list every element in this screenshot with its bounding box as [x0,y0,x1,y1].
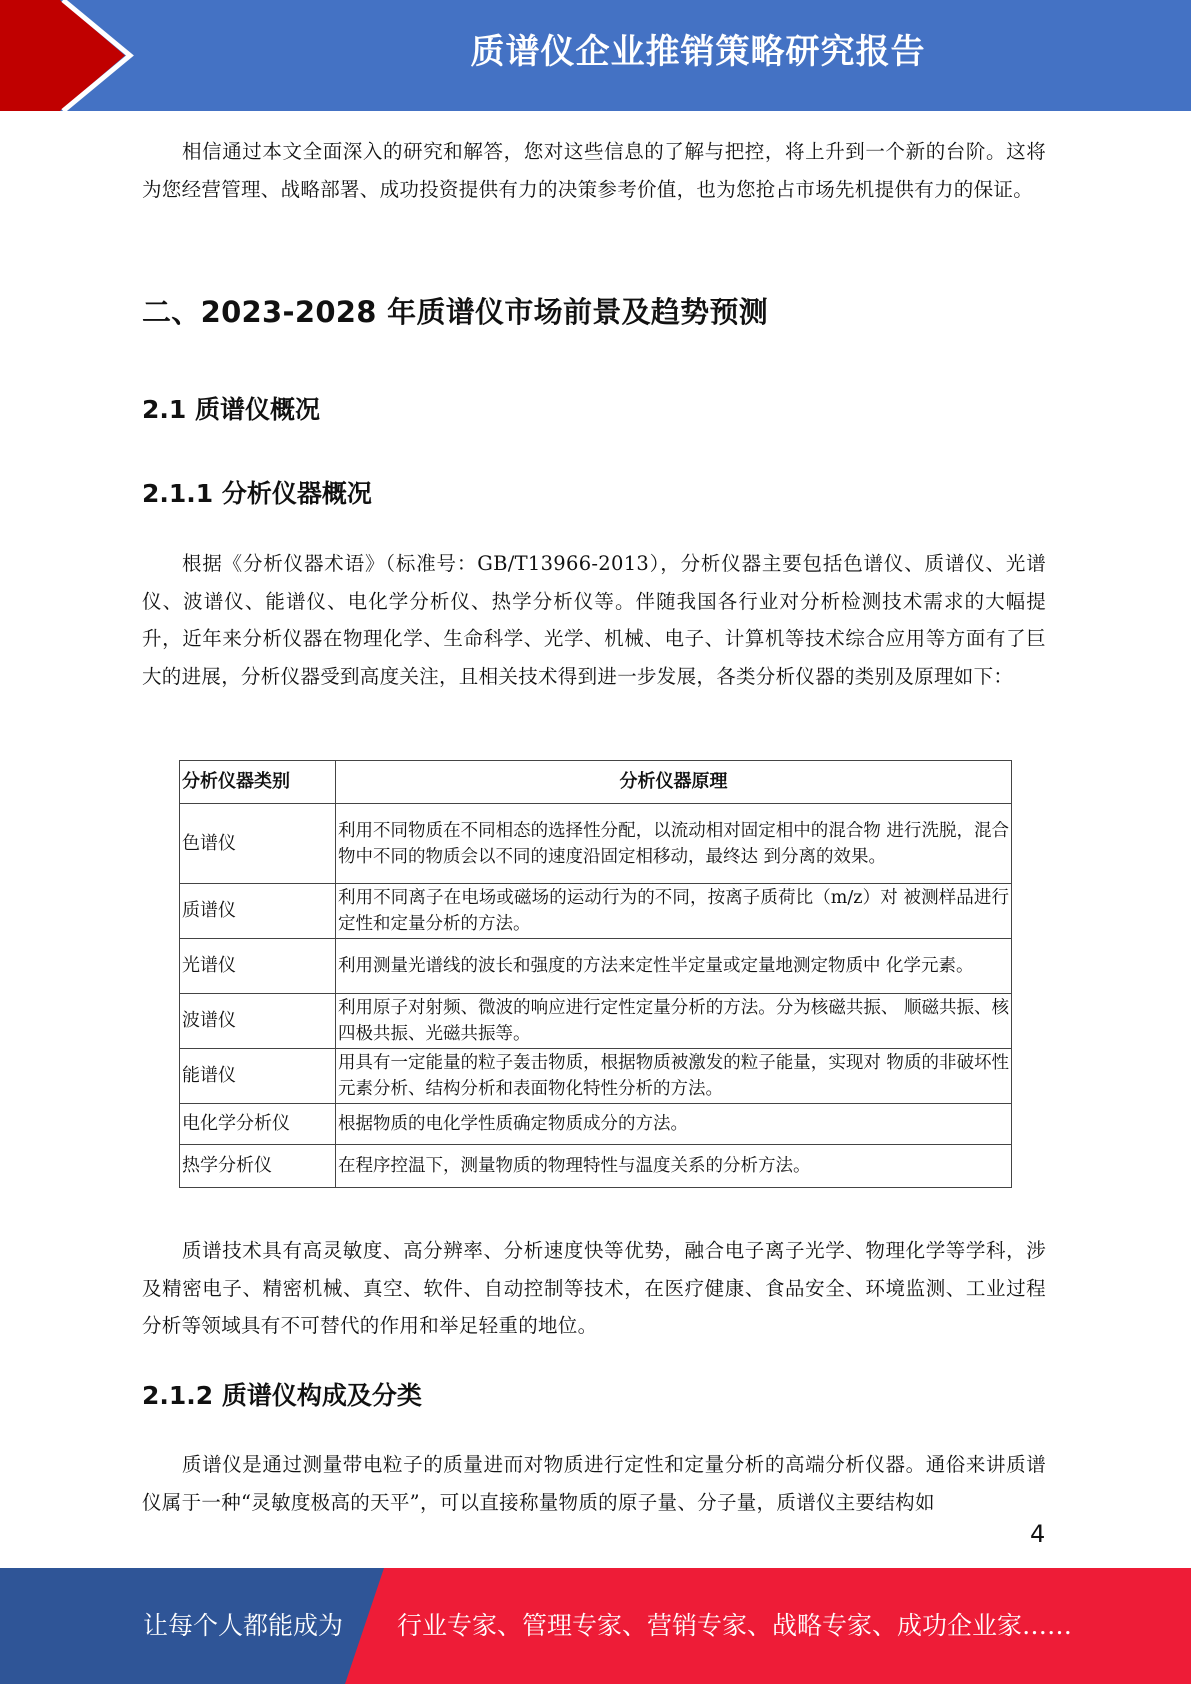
column-header-principle: 分析仪器原理 [336,761,1012,804]
column-header-category: 分析仪器类别 [180,761,336,804]
section-2-1-1-heading: 2.1.1 分析仪器概况 [142,474,372,510]
cell-principle: 利用不同离子在电场或磁场的运动行为的不同，按离子质荷比（m/z）对 被测样品进行… [336,884,1012,939]
section-2-1-2-body: 质谱仪是通过测量带电粒子的质量进而对物质进行定性和定量分析的高端分析仪器。通俗来… [142,1446,1046,1521]
cell-principle: 在程序控温下，测量物质的物理特性与温度关系的分析方法。 [336,1145,1012,1188]
mass-spec-tech-section: 质谱技术具有高灵敏度、高分辨率、分析速度快等优势，融合电子离子光学、物理化学等学… [142,1232,1046,1345]
header-banner: 质谱仪企业推销策略研究报告 [0,0,1191,111]
table-row: 热学分析仪 在程序控温下，测量物质的物理特性与温度关系的分析方法。 [180,1145,1012,1188]
cell-category: 光谱仪 [180,939,336,994]
table-row: 能谱仪 用具有一定能量的粒子轰击物质，根据物质被激发的粒子能量，实现对 物质的非… [180,1049,1012,1104]
cell-principle: 根据物质的电化学性质确定物质成分的方法。 [336,1104,1012,1145]
cell-principle: 利用不同物质在不同相态的选择性分配，以流动相对固定相中的混合物 进行洗脱，混合物… [336,804,1012,884]
cell-principle: 用具有一定能量的粒子轰击物质，根据物质被激发的粒子能量，实现对 物质的非破坏性元… [336,1049,1012,1104]
footer-slogan-right: 行业专家、管理专家、营销专家、战略专家、成功企业家…… [397,1568,1072,1684]
analysis-instruments-paragraph: 根据《分析仪器术语》（标准号：GB/T13966-2013），分析仪器主要包括色… [142,545,1046,695]
table-row: 波谱仪 利用原子对射频、微波的响应进行定性定量分析的方法。分为核磁共振、 顺磁共… [180,994,1012,1049]
mass-spec-composition-paragraph: 质谱仪是通过测量带电粒子的质量进而对物质进行定性和定量分析的高端分析仪器。通俗来… [142,1446,1046,1521]
cell-category: 电化学分析仪 [180,1104,336,1145]
table-row: 电化学分析仪 根据物质的电化学性质确定物质成分的方法。 [180,1104,1012,1145]
section-2-1-2-heading: 2.1.2 质谱仪构成及分类 [142,1376,422,1412]
cell-category: 波谱仪 [180,994,336,1049]
cell-principle: 利用原子对射频、微波的响应进行定性定量分析的方法。分为核磁共振、 顺磁共振、核四… [336,994,1012,1049]
table-row: 质谱仪 利用不同离子在电场或磁场的运动行为的不同，按离子质荷比（m/z）对 被测… [180,884,1012,939]
intro-section: 相信通过本文全面深入的研究和解答，您对这些信息的了解与把控，将上升到一个新的台阶… [142,133,1046,208]
table-row: 光谱仪 利用测量光谱线的波长和强度的方法来定性半定量或定量地测定物质中 化学元素… [180,939,1012,994]
footer-banner: 让每个人都能成为 行业专家、管理专家、营销专家、战略专家、成功企业家…… [0,1568,1191,1684]
cell-category: 热学分析仪 [180,1145,336,1188]
table-header-row: 分析仪器类别 分析仪器原理 [180,761,1012,804]
mass-spec-tech-paragraph: 质谱技术具有高灵敏度、高分辨率、分析速度快等优势，融合电子离子光学、物理化学等学… [142,1232,1046,1345]
section-2-1-heading: 2.1 质谱仪概况 [142,390,320,426]
cell-category: 能谱仪 [180,1049,336,1104]
report-title: 质谱仪企业推销策略研究报告 [0,0,1191,105]
cell-principle: 利用测量光谱线的波长和强度的方法来定性半定量或定量地测定物质中 化学元素。 [336,939,1012,994]
page-number: 4 [1030,1520,1045,1548]
section-2-1-1-body: 根据《分析仪器术语》（标准号：GB/T13966-2013），分析仪器主要包括色… [142,545,1046,695]
instrument-principles-table: 分析仪器类别 分析仪器原理 色谱仪 利用不同物质在不同相态的选择性分配，以流动相… [179,760,1012,1188]
cell-category: 色谱仪 [180,804,336,884]
section-2-heading: 二、2023-2028 年质谱仪市场前景及趋势预测 [142,290,768,331]
intro-paragraph: 相信通过本文全面深入的研究和解答，您对这些信息的了解与把控，将上升到一个新的台阶… [142,133,1046,208]
footer-slogan-left: 让每个人都能成为 [143,1568,343,1684]
table-row: 色谱仪 利用不同物质在不同相态的选择性分配，以流动相对固定相中的混合物 进行洗脱… [180,804,1012,884]
cell-category: 质谱仪 [180,884,336,939]
